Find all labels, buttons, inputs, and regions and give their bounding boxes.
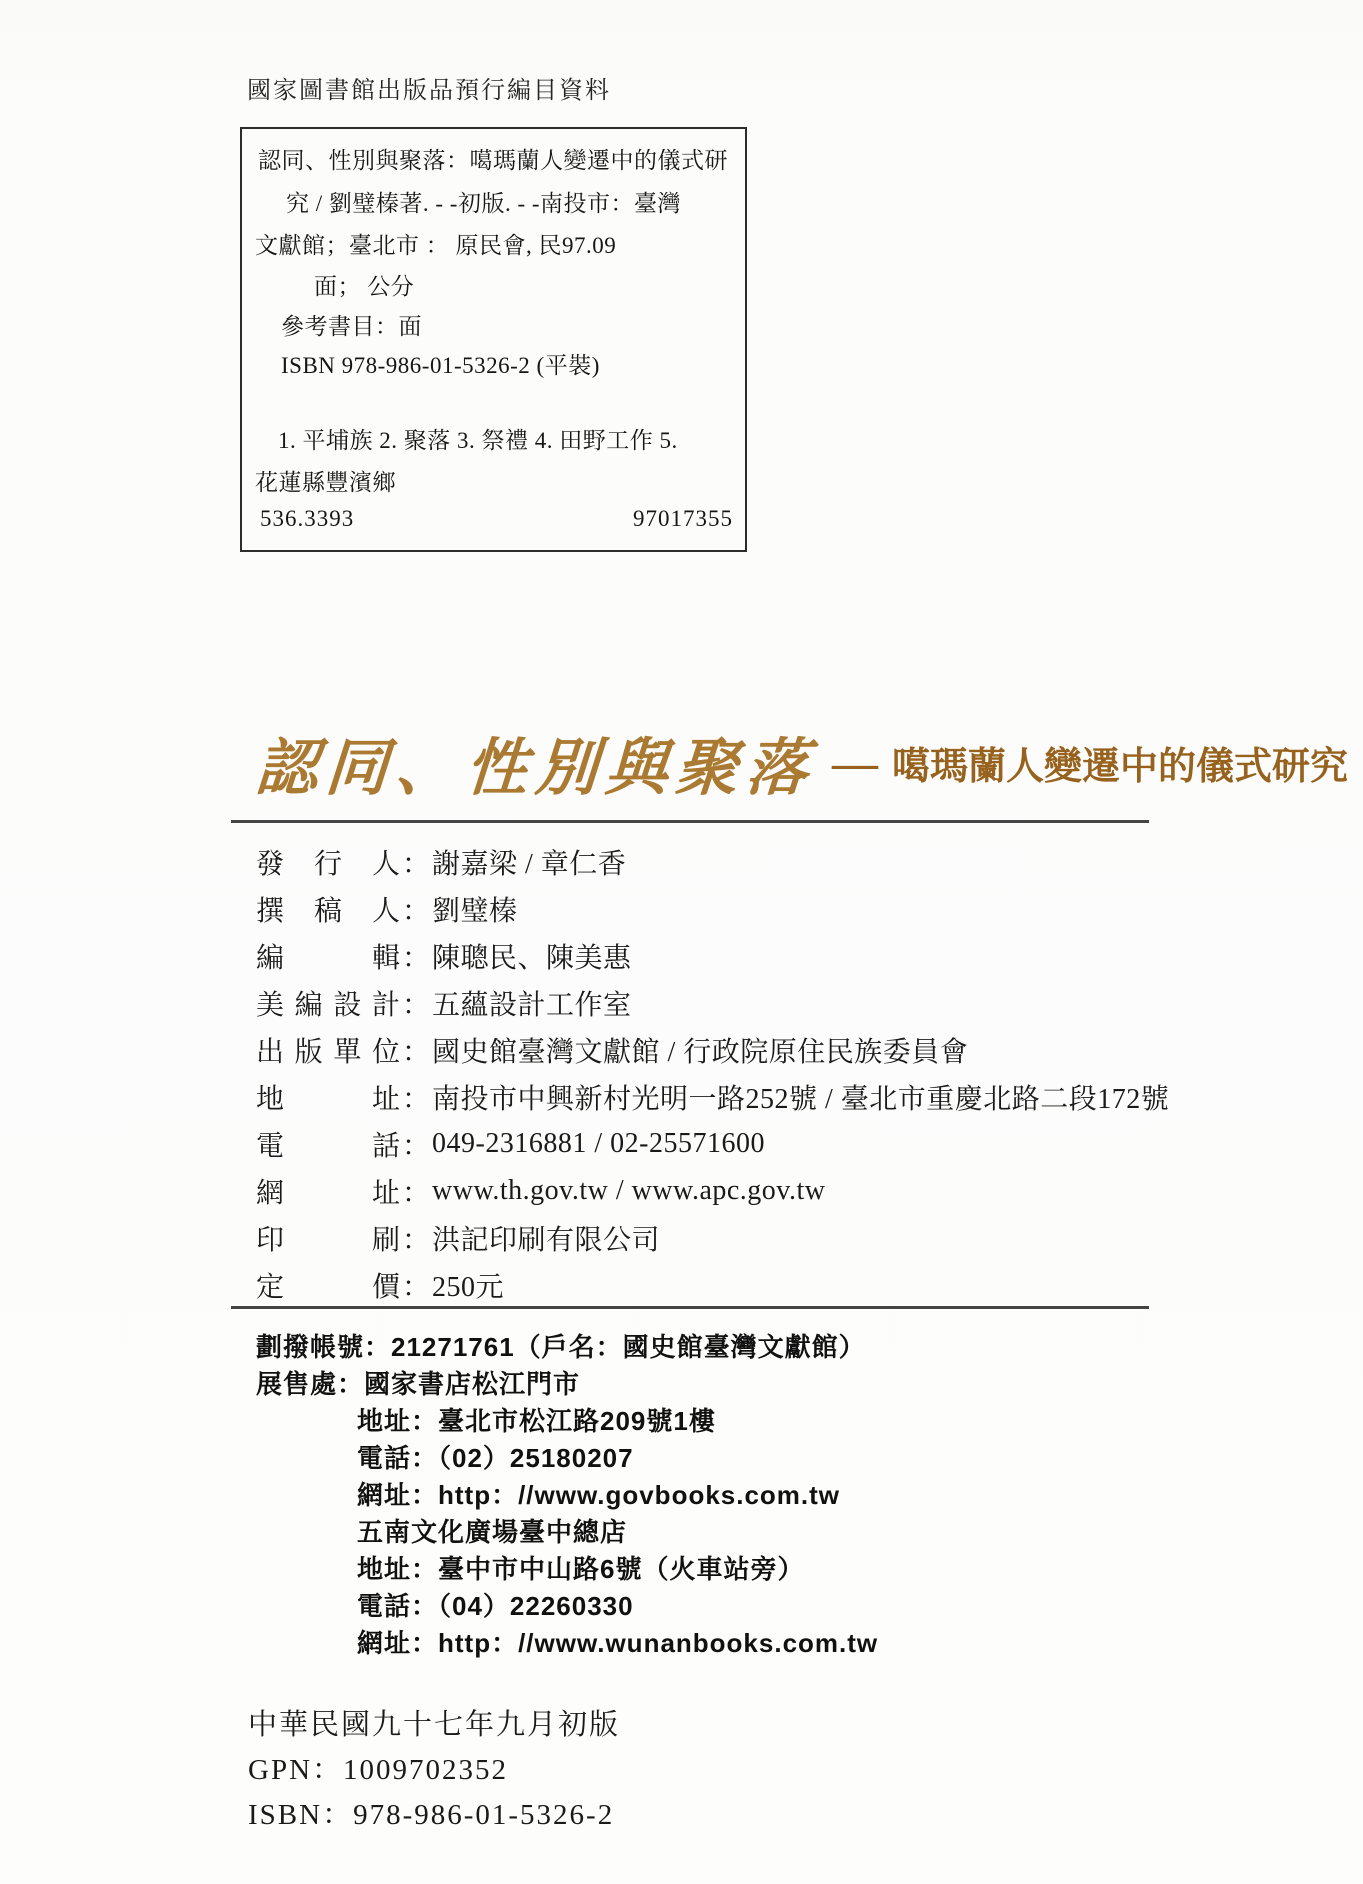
colophon-label: 網址	[256, 1171, 400, 1211]
colon: ：	[402, 983, 430, 1023]
colophon-row: 發行人：謝嘉梁 / 章仁香	[256, 838, 1169, 885]
colophon-value: 劉璧榛	[432, 889, 518, 929]
colophon-value: www.th.gov.tw / www.apc.gov.tw	[432, 1175, 825, 1207]
colophon-label: 定價	[256, 1265, 400, 1305]
colophon-value: 南投市中興新村光明一路252號 / 臺北市重慶北路二段172號	[432, 1077, 1169, 1117]
colophon-label: 電話	[256, 1124, 400, 1164]
colophon-row: 美編設計：五蘊設計工作室	[256, 979, 1169, 1026]
colophon-label: 撰稿人	[256, 889, 400, 929]
cip-box: 認同、性別與聚落：噶瑪蘭人變遷中的儀式研 究 / 劉璧榛著. - -初版. - …	[240, 127, 747, 552]
divider	[231, 820, 1149, 823]
colon: ：	[402, 1265, 430, 1305]
cip-line: 文獻館；臺北市 ： 原民會, 民97.09	[255, 227, 616, 260]
colophon-row: 印刷：洪記印刷有限公司	[256, 1214, 1169, 1261]
colophon-row: 地址：南投市中興新村光明一路252號 / 臺北市重慶北路二段172號	[256, 1073, 1169, 1120]
outlet-website-line: 網址：http：//www.wunanbooks.com.tw	[256, 1623, 878, 1660]
book-title-calligraphy: 認同、性別與聚落	[253, 718, 819, 807]
book-subtitle: 噶瑪蘭人變遷中的儀式研究	[892, 735, 1348, 790]
outlet-website-line: 網址：http：//www.govbooks.com.tw	[256, 1475, 878, 1512]
colophon-credits: 發行人：謝嘉梁 / 章仁香 撰稿人：劉璧榛 編輯：陳聰民、陳美惠 美編設計：五蘊…	[256, 838, 1169, 1308]
outlet-intro-line: 展售處：國家書店松江門市	[256, 1364, 878, 1401]
colophon-value: 五蘊設計工作室	[432, 983, 632, 1023]
colophon-row: 撰稿人：劉璧榛	[256, 885, 1169, 932]
cip-line: 究 / 劉璧榛著. - -初版. - -南投市：臺灣	[286, 185, 681, 218]
colon: ：	[402, 889, 430, 929]
title-dash: —	[832, 736, 878, 789]
imprint-edition: 中華民國九十七年九月初版	[248, 1700, 620, 1745]
sales-section: 劃撥帳號：21271761（戶名：國史館臺灣文獻館） 展售處：國家書店松江門市 …	[256, 1327, 878, 1660]
colon: ：	[402, 936, 430, 976]
book-title-row: 認同、性別與聚落 — 噶瑪蘭人變遷中的儀式研究	[256, 712, 1256, 812]
colon: ：	[402, 1124, 430, 1164]
postal-account-line: 劃撥帳號：21271761（戶名：國史館臺灣文獻館）	[256, 1327, 878, 1364]
cip-line: 認同、性別與聚落：噶瑪蘭人變遷中的儀式研	[258, 142, 728, 175]
imprint-section: 中華民國九十七年九月初版 GPN：1009702352 ISBN：978-986…	[248, 1700, 620, 1835]
cip-line: 面； 公分	[314, 268, 414, 301]
colon: ：	[402, 842, 430, 882]
outlet-address-line: 地址：臺中市中山路6號（火車站旁）	[256, 1549, 878, 1586]
colophon-label: 編輯	[256, 936, 400, 976]
outlet-phone-line: 電話：（04）22260330	[256, 1586, 878, 1623]
cip-header: 國家圖書館出版品預行編目資料	[247, 70, 611, 105]
colon: ：	[402, 1218, 430, 1258]
colon: ：	[402, 1077, 430, 1117]
colophon-row: 網址：www.th.gov.tw / www.apc.gov.tw	[256, 1167, 1169, 1214]
colophon-label: 印刷	[256, 1218, 400, 1258]
colophon-value: 049-2316881 / 02-25571600	[432, 1128, 765, 1160]
colophon-page: 國家圖書館出版品預行編目資料 認同、性別與聚落：噶瑪蘭人變遷中的儀式研 究 / …	[0, 0, 1363, 1884]
colophon-label: 地址	[256, 1077, 400, 1117]
colophon-row: 編輯：陳聰民、陳美惠	[256, 932, 1169, 979]
cip-numbers-row: 536.3393 97017355	[260, 506, 733, 532]
imprint-isbn: ISBN：978-986-01-5326-2	[248, 1790, 620, 1835]
cip-line: 參考書目：面	[281, 308, 422, 341]
colophon-value: 國史館臺灣文獻館 / 行政院原住民族委員會	[432, 1030, 968, 1070]
outlet-address-line: 地址：臺北市松江路209號1樓	[256, 1401, 878, 1438]
cip-subject-line: 花蓮縣豐濱鄉	[255, 464, 396, 497]
colophon-label: 出版單位	[256, 1030, 400, 1070]
colophon-label: 美編設計	[256, 983, 400, 1023]
outlet-name: 五南文化廣場臺中總店	[256, 1512, 878, 1549]
cip-class-number: 536.3393	[260, 506, 354, 532]
colon: ：	[402, 1171, 430, 1211]
colophon-row: 電話：049-2316881 / 02-25571600	[256, 1120, 1169, 1167]
colophon-row: 定價：250元	[256, 1261, 1169, 1308]
cip-isbn-line: ISBN 978-986-01-5326-2 (平裝)	[281, 347, 600, 380]
colophon-row: 出版單位：國史館臺灣文獻館 / 行政院原住民族委員會	[256, 1026, 1169, 1073]
cip-record-number: 97017355	[633, 506, 733, 532]
divider	[231, 1306, 1149, 1309]
outlet-phone-line: 電話：（02）25180207	[256, 1438, 878, 1475]
colophon-label: 發行人	[256, 842, 400, 882]
colophon-value: 陳聰民、陳美惠	[432, 936, 632, 976]
colon: ：	[402, 1030, 430, 1070]
colophon-value: 謝嘉梁 / 章仁香	[432, 842, 626, 882]
colophon-value: 洪記印刷有限公司	[432, 1218, 660, 1258]
cip-subject-line: 1. 平埔族 2. 聚落 3. 祭禮 4. 田野工作 5.	[278, 422, 678, 455]
imprint-gpn: GPN：1009702352	[248, 1745, 620, 1790]
colophon-value: 250元	[432, 1265, 504, 1305]
